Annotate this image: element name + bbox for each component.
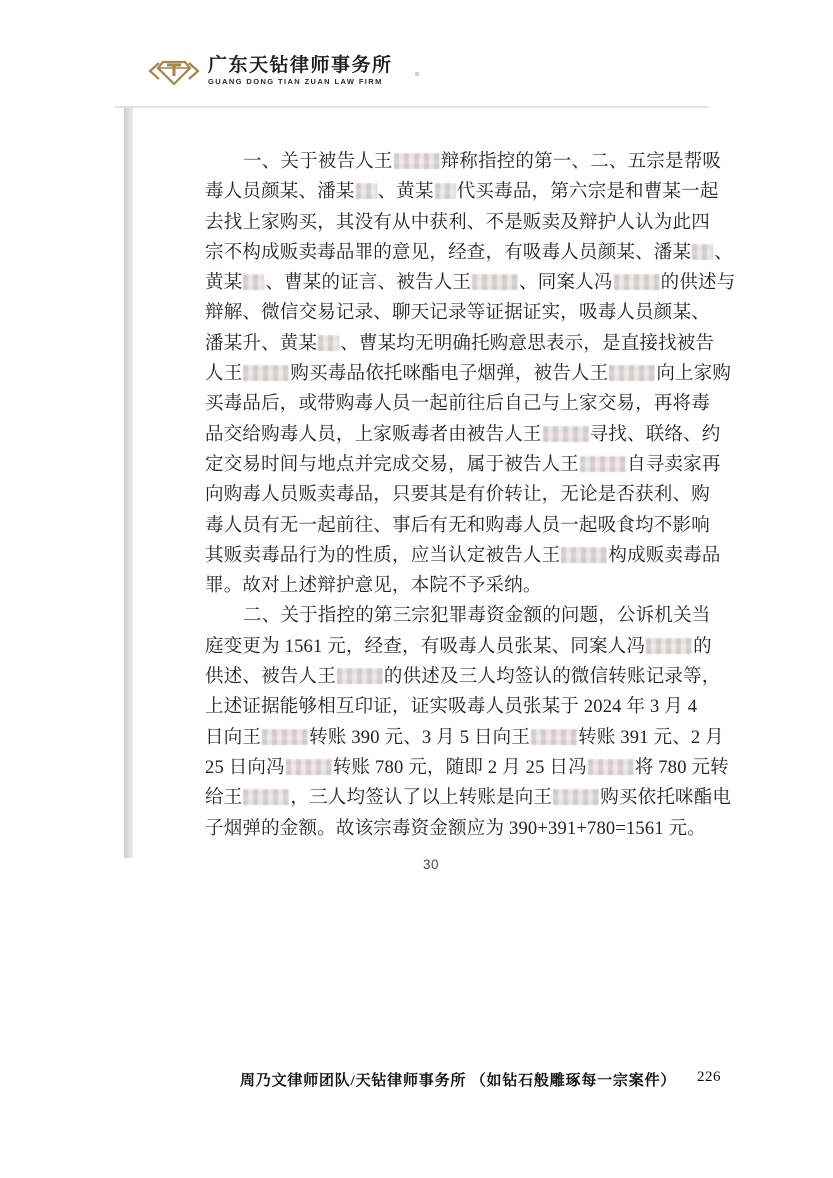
text-line: 毒人员有无一起前往、事后有无和购毒人员一起吸食均不影响 <box>205 511 657 541</box>
text-line: 宗不构成贩卖毒品罪的意见，经查，有吸毒人员颜某、潘某、 <box>205 238 657 268</box>
redaction-block <box>609 365 655 381</box>
text-line: 辩解、微信交易记录、聊天记录等证据证实，吸毒人员颜某、 <box>205 298 657 328</box>
brand-name-en: GUANG DONG TIAN ZUAN LAW FIRM <box>208 77 393 86</box>
redaction-block <box>337 668 383 684</box>
text-line: 毒人员颜某、潘某、黄某代买毒品，第六宗是和曹某一起 <box>205 177 657 207</box>
redaction-block <box>692 244 713 260</box>
inner-page-number: 30 <box>205 857 657 872</box>
text-line: 人王购买毒品依托咪酯电子烟弹，被告人王向上家购 <box>205 359 657 389</box>
document-body: 一、关于被告人王辩称指控的第一、二、五宗是帮吸毒人员颜某、潘某、黄某代买毒品，第… <box>205 147 657 872</box>
footer-page-number: 226 <box>697 1069 721 1086</box>
redaction-block <box>646 638 692 654</box>
diamond-logo-icon <box>146 54 202 88</box>
redaction-block <box>243 365 289 381</box>
text-line: 买毒品后，或带购毒人员一起前往后自己与上家交易，再将毒 <box>205 389 657 419</box>
scanned-document-page: 广东天钻律师事务所 GUANG DONG TIAN ZUAN LAW FIRM … <box>0 0 833 1178</box>
text-line: 潘某升、黄某、曹某均无明确托购意思表示，是直接找被告 <box>205 329 657 359</box>
redaction-block <box>561 547 607 563</box>
redaction-block <box>531 729 577 745</box>
text-line: 去找上家购买，其没有从中获利、不是贩卖及辩护人认为此四 <box>205 208 657 238</box>
redaction-block <box>243 789 289 805</box>
text-line: 庭变更为 1561 元，经查，有吸毒人员张某、同案人冯的 <box>205 632 657 662</box>
scan-artifact-dot <box>415 72 419 76</box>
redaction-block <box>356 183 377 199</box>
redaction-block <box>614 274 660 290</box>
redaction-block <box>262 729 308 745</box>
redaction-block <box>286 759 332 775</box>
text-line: 定交易时间与地点并完成交易，属于被告人王自寻卖家再 <box>205 450 657 480</box>
text-line: 罪。故对上述辩护意见，本院不予采纳。 <box>205 571 657 601</box>
page-edge-left-shadow <box>124 108 133 858</box>
footer-firm-slogan: 周乃文律师团队/天钻律师事务所 （如钻石般雕琢每一宗案件） <box>240 1069 676 1090</box>
redaction-block <box>243 274 264 290</box>
redaction-block <box>318 335 339 351</box>
text-line: 二、关于指控的第三宗犯罪毒资金额的问题，公诉机关当 <box>205 601 657 631</box>
text-line: 黄某、曹某的证言、被告人王、同案人冯的供述与 <box>205 268 657 298</box>
text-line: 供述、被告人王的供述及三人均签认的微信转账记录等， <box>205 662 657 692</box>
brand-text: 广东天钻律师事务所 GUANG DONG TIAN ZUAN LAW FIRM <box>208 56 393 86</box>
redaction-block <box>588 759 634 775</box>
text-line: 给王，三人均签认了以上转账是向王购买依托咪酯电 <box>205 783 657 813</box>
text-line: 上述证据能够相互印证，证实吸毒人员张某于 2024 年 3 月 4 <box>205 692 657 722</box>
text-line: 25 日向冯转账 780 元，随即 2 月 25 日冯将 780 元转 <box>205 753 657 783</box>
redaction-block <box>435 183 456 199</box>
text-line: 一、关于被告人王辩称指控的第一、二、五宗是帮吸 <box>205 147 657 177</box>
redaction-block <box>553 789 599 805</box>
text-line: 日向王转账 390 元、3 月 5 日向王转账 391 元、2 月 <box>205 723 657 753</box>
redaction-block <box>472 274 518 290</box>
redaction-block <box>543 426 589 442</box>
text-line: 子烟弹的金额。故该宗毒资金额应为 390+391+780=1561 元。 <box>205 814 657 844</box>
text-line: 品交给购毒人员，上家贩毒者由被告人王寻找、联络、约 <box>205 420 657 450</box>
page-edge-top-shadow <box>115 106 708 108</box>
law-firm-logo: 广东天钻律师事务所 GUANG DONG TIAN ZUAN LAW FIRM <box>146 54 393 88</box>
redaction-block <box>580 456 626 472</box>
redaction-block <box>394 153 440 169</box>
text-line: 向购毒人员贩卖毒品，只要其是有价转让，无论是否获利、购 <box>205 480 657 510</box>
text-line: 其贩卖毒品行为的性质，应当认定被告人王构成贩卖毒品 <box>205 541 657 571</box>
brand-name-cn: 广东天钻律师事务所 <box>208 56 393 76</box>
document-text-lines: 一、关于被告人王辩称指控的第一、二、五宗是帮吸毒人员颜某、潘某、黄某代买毒品，第… <box>205 147 657 844</box>
